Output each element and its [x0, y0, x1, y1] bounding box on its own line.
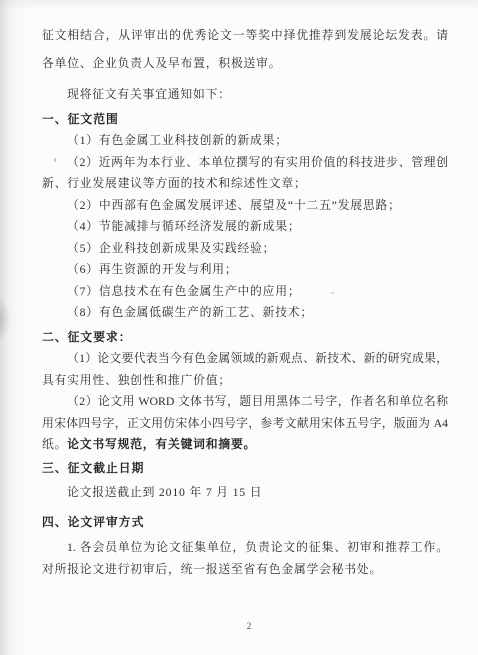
section-heading-2: 二、征文要求： — [42, 327, 448, 349]
text-segment: （5）企业科技创新成果及实践经验； — [67, 241, 275, 255]
text-segment: 对所报论文进行初审后，统一报送至省有色金属学会秘书处。 — [42, 562, 382, 576]
text-segment: （1）论文要代表当今有色金属领域的新观点、新技术、新的研究成果， — [67, 351, 448, 365]
text-segment: （1）有色金属工业科技创新的新成果； — [67, 133, 288, 147]
section-heading-1: 一、征文范围 — [42, 109, 448, 131]
para-intro-line-2: 各单位、企业负责人及早布置，积极送审。 — [42, 53, 448, 75]
scope-item-7: （7）信息技术在有色金属生产中的应用； — [42, 281, 448, 303]
text-segment: 一、征文范围 — [42, 112, 119, 126]
scope-item-4: （4）节能减排与循环经济发展的新成果； — [42, 216, 448, 238]
text-segment: 纸。 — [42, 437, 67, 451]
req-item-1-line-2: 具有实用性、独创性和推广价值； — [42, 370, 448, 392]
text-segment: 二、征文要求： — [42, 330, 132, 344]
text-segment: （4）节能减排与循环经济发展的新成果； — [67, 219, 300, 233]
text-segment: 用宋体四号字，正文用仿宋体小四号字，参考文献用宋体五号字，版面为 A4 — [42, 416, 448, 430]
scope-item-1: （1）有色金属工业科技创新的新成果； — [42, 130, 448, 152]
req-item-2-line-3: 纸。论文书写规范，有关键词和摘要。 — [42, 434, 448, 456]
scan-edge-shadow-top — [0, 0, 478, 10]
text-segment: 具有实用性、独创性和推广价值； — [42, 373, 231, 387]
text-segment: （8）有色金属低碳生产的新工艺、新技术； — [67, 305, 313, 319]
scan-smudge — [0, 296, 10, 342]
text-segment: 各单位、企业负责人及早布置，积极送审。 — [42, 56, 281, 70]
page-number: 2 — [0, 621, 478, 631]
review-item-1-line-1: 1. 各会员单位为论文征集单位，负责论文的征集、初审和推荐工作。 — [42, 537, 448, 559]
text-segment: 三、征文截止日期 — [42, 461, 144, 475]
document-body: 征文相结合，从评审出的优秀论文一等奖中择优推荐到发展论坛发表。请各单位、企业负责… — [42, 25, 448, 580]
section-heading-3: 三、征文截止日期 — [42, 458, 448, 480]
text-segment: 征文相结合，从评审出的优秀论文一等奖中择优推荐到发展论坛发表。请 — [42, 28, 448, 42]
req-item-1-line-1: （1）论文要代表当今有色金属领域的新观点、新技术、新的研究成果， — [42, 348, 448, 370]
scope-item-3: （2）中西部有色金属发展评述、展望及“十二五”发展思路； — [42, 195, 448, 217]
text-segment: 四、论文评审方式 — [42, 515, 144, 529]
scope-item-2-line-2: 新、行业发展建议等方面的技术和综述性文章； — [42, 173, 448, 195]
para-notice: 现将征文有关事宜通知如下： — [42, 84, 448, 106]
para-intro-line-1: 征文相结合，从评审出的优秀论文一等奖中择优推荐到发展论坛发表。请 — [42, 25, 448, 47]
text-segment: 新、行业发展建议等方面的技术和综述性文章； — [42, 176, 307, 190]
text-segment: （2）近两年为本行业、本单位撰写的有实用价值的科技进步、管理创 — [67, 155, 448, 169]
scan-edge-shadow-left — [0, 0, 34, 655]
req-item-2-line-2: 用宋体四号字，正文用仿宋体小四号字，参考文献用宋体五号字，版面为 A4 — [42, 413, 448, 435]
scanned-document-page: 征文相结合，从评审出的优秀论文一等奖中择优推荐到发展论坛发表。请各单位、企业负责… — [0, 0, 478, 655]
scope-item-6: （6）再生资源的开发与利用； — [42, 259, 448, 281]
text-segment: 论文书写规范，有关键词和摘要。 — [67, 437, 256, 451]
section-heading-4: 四、论文评审方式 — [42, 512, 448, 534]
text-segment: （7）信息技术在有色金属生产中的应用； — [67, 284, 300, 298]
scope-item-5: （5）企业科技创新成果及实践经验； — [42, 238, 448, 260]
text-segment: （6）再生资源的开发与利用； — [67, 262, 237, 276]
review-item-1-line-2: 对所报论文进行初审后，统一报送至省有色金属学会秘书处。 — [42, 559, 448, 581]
text-segment: 论文报送截止到 2010 年 7 月 15 日 — [67, 485, 262, 499]
text-segment: 1. 各会员单位为论文征集单位，负责论文的征集、初审和推荐工作。 — [67, 540, 448, 554]
text-segment: （2）中西部有色金属发展评述、展望及“十二五”发展思路； — [67, 198, 401, 212]
deadline-line: 论文报送截止到 2010 年 7 月 15 日 — [42, 482, 448, 504]
scope-item-8: （8）有色金属低碳生产的新工艺、新技术； — [42, 302, 448, 324]
scope-item-2-line-1: （2）近两年为本行业、本单位撰写的有实用价值的科技进步、管理创 — [42, 152, 448, 174]
text-segment: （2）论文用 WORD 文体书写，题目用黑体二号字，作者名和单位名称 — [67, 394, 448, 408]
req-item-2-line-1: （2）论文用 WORD 文体书写，题目用黑体二号字，作者名和单位名称 — [42, 391, 448, 413]
text-segment: 现将征文有关事宜通知如下： — [67, 87, 231, 101]
